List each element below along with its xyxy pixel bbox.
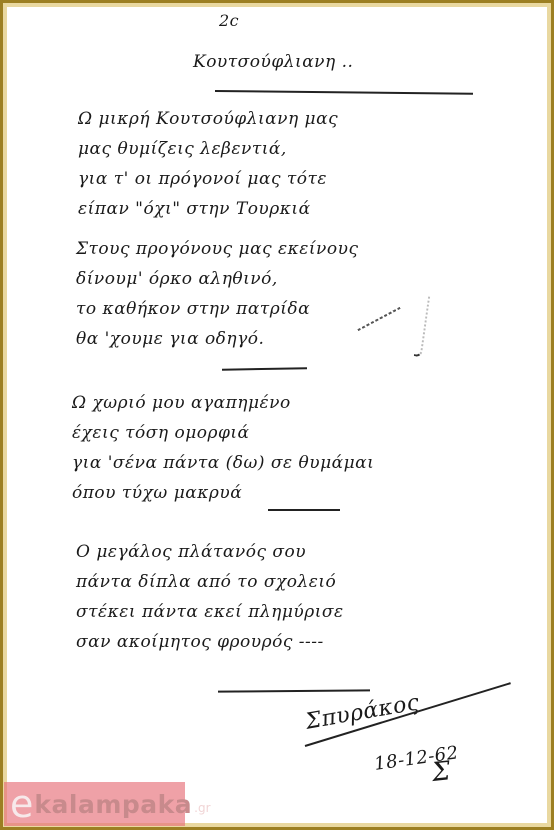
- poem-line: θα 'χουμε για οδηγό.: [76, 324, 358, 354]
- poem-line: πάντα δίπλα από το σχολειό: [76, 567, 344, 597]
- watermark-tld: .gr: [194, 801, 210, 815]
- poem-line: για τ' οι πρόγονοί μας τότε: [78, 164, 338, 194]
- poem-line: στέκει πάντα εκεί πλημύρισε: [76, 597, 344, 627]
- watermark-e: e: [10, 785, 33, 823]
- stanza-3-underline: [268, 509, 340, 511]
- watermark-logo: e kalampaka .gr: [4, 782, 185, 826]
- stanza-3: Ω χωριό μου αγαπημένο έχεις τόση ομορφιά…: [72, 388, 374, 508]
- poem-line: δίνουμ' όρκο αληθινό,: [76, 264, 358, 294]
- page-number: 2c: [219, 11, 239, 30]
- poem-line: όπου τύχω μακρυά: [72, 478, 374, 508]
- poem-line: για 'σένα πάντα (δω) σε θυμάμαι: [72, 448, 374, 478]
- poem-title: Κουτσούφλιανη ..: [193, 52, 353, 72]
- poem-line: είπαν "όχι" στην Τουρκιά: [78, 194, 338, 224]
- poem-line: σαν ακοίμητος φρουρός ----: [76, 627, 344, 657]
- initials-signature: Σ: [430, 756, 452, 788]
- stanza-1: Ω μικρή Κουτσούφλιανη μας μας θυμίζεις λ…: [78, 104, 338, 224]
- poem-line: Στους προγόνους μας εκείνους: [76, 234, 358, 264]
- poem-line: Ο μεγάλος πλάτανός σου: [76, 537, 344, 567]
- poem-line: έχεις τόση ομορφιά: [72, 418, 374, 448]
- poem-line: μας θυμίζεις λεβεντιά,: [78, 134, 338, 164]
- watermark-name: kalampaka: [34, 790, 192, 819]
- stanza-2: Στους προγόνους μας εκείνους δίνουμ' όρκ…: [76, 234, 358, 354]
- stanza-4: Ο μεγάλος πλάτανός σου πάντα δίπλα από τ…: [76, 537, 344, 657]
- poem-line: το καθήκον στην πατρίδα: [76, 294, 358, 324]
- poem-line: Ω χωριό μου αγαπημένο: [72, 388, 374, 418]
- poem-line: Ω μικρή Κουτσούφλιανη μας: [78, 104, 338, 134]
